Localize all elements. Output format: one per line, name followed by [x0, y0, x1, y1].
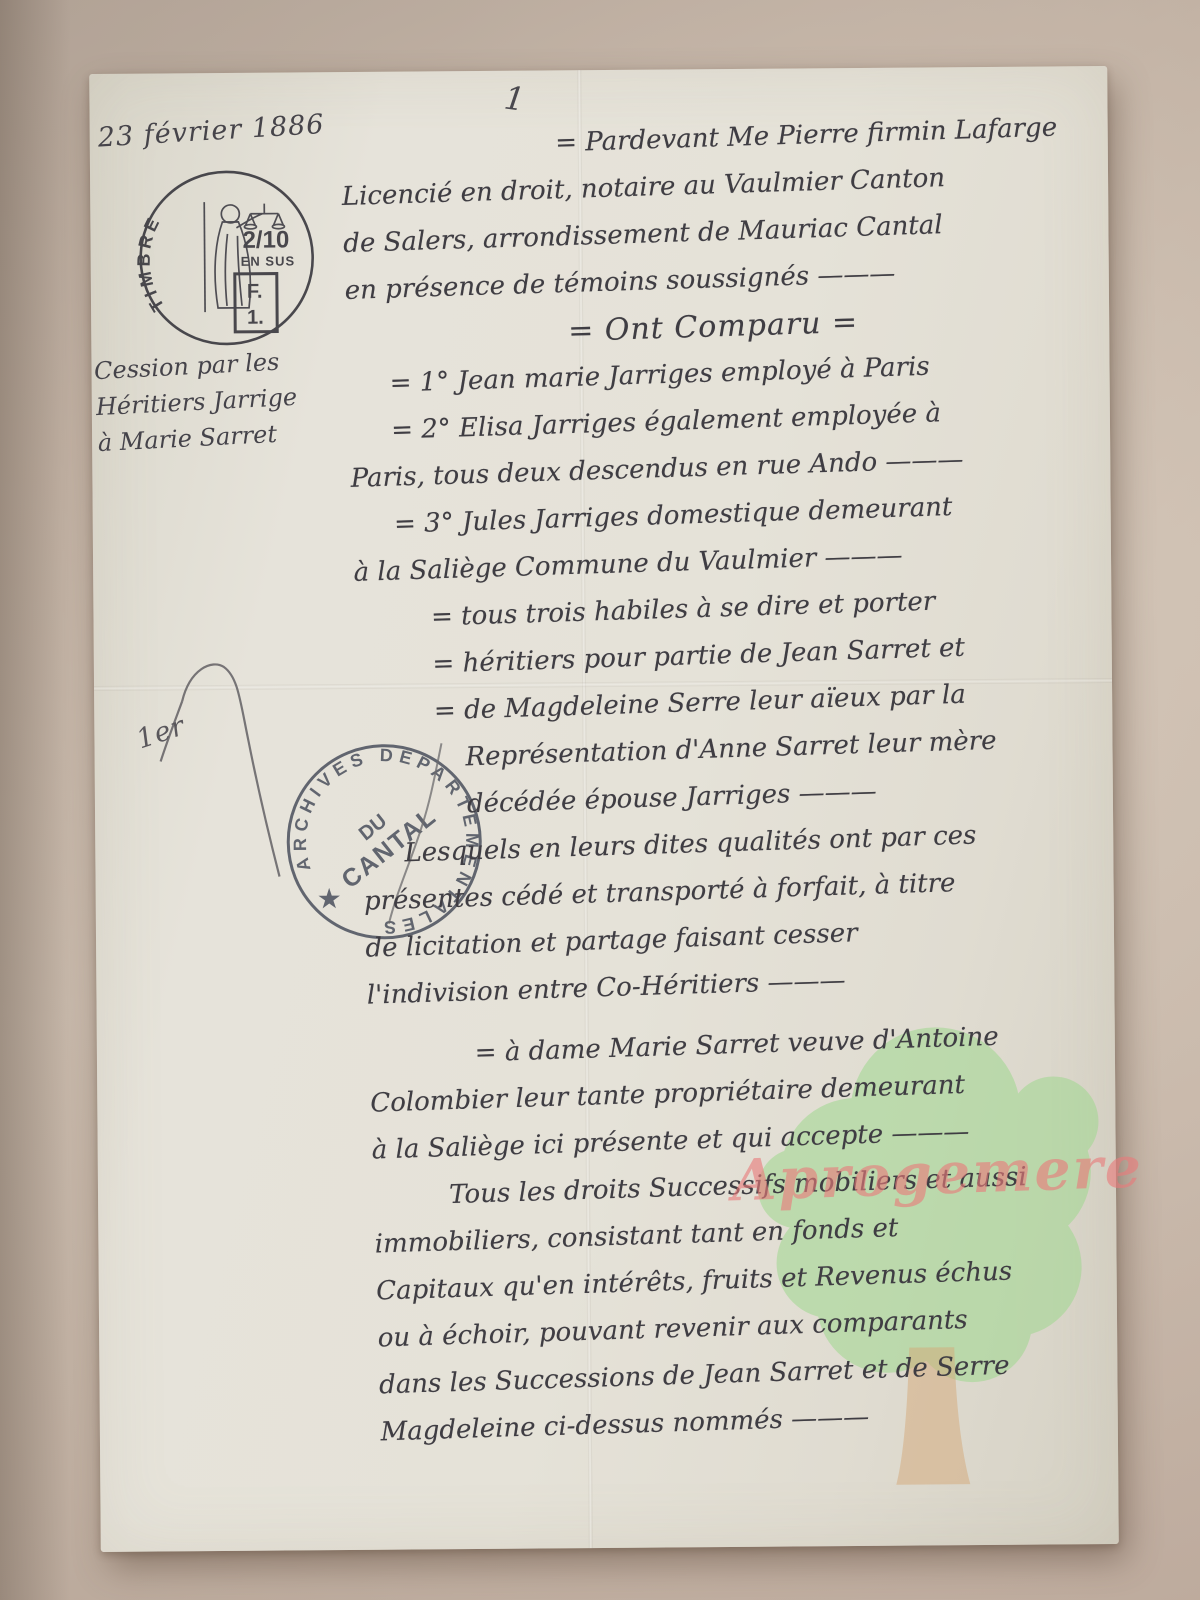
svg-text:TIMBRE: TIMBRE — [134, 211, 168, 315]
stamp-rate-suffix: EN SUS — [241, 253, 296, 268]
stamp-rate: 2/10 — [242, 226, 289, 253]
manuscript-body: = Pardevant Me Pierre firmin Lafarge Lic… — [340, 102, 1181, 1456]
paper-sheet: 1 23 février 1886 TIMBRE — [89, 66, 1119, 1552]
document-photo: 1 23 février 1886 TIMBRE — [0, 0, 1200, 1600]
star-icon: ★ — [317, 883, 342, 914]
stamp-value-top: F. — [247, 281, 263, 303]
watermark-text: Aprogemere — [731, 1138, 1144, 1209]
revenue-stamp: TIMBRE 2/10 EN SUS F. 1. — [134, 165, 320, 351]
timbre-label: TIMBRE — [134, 211, 168, 315]
page-number: 1 — [502, 81, 526, 115]
stamp-value-bottom: 1. — [247, 307, 264, 329]
